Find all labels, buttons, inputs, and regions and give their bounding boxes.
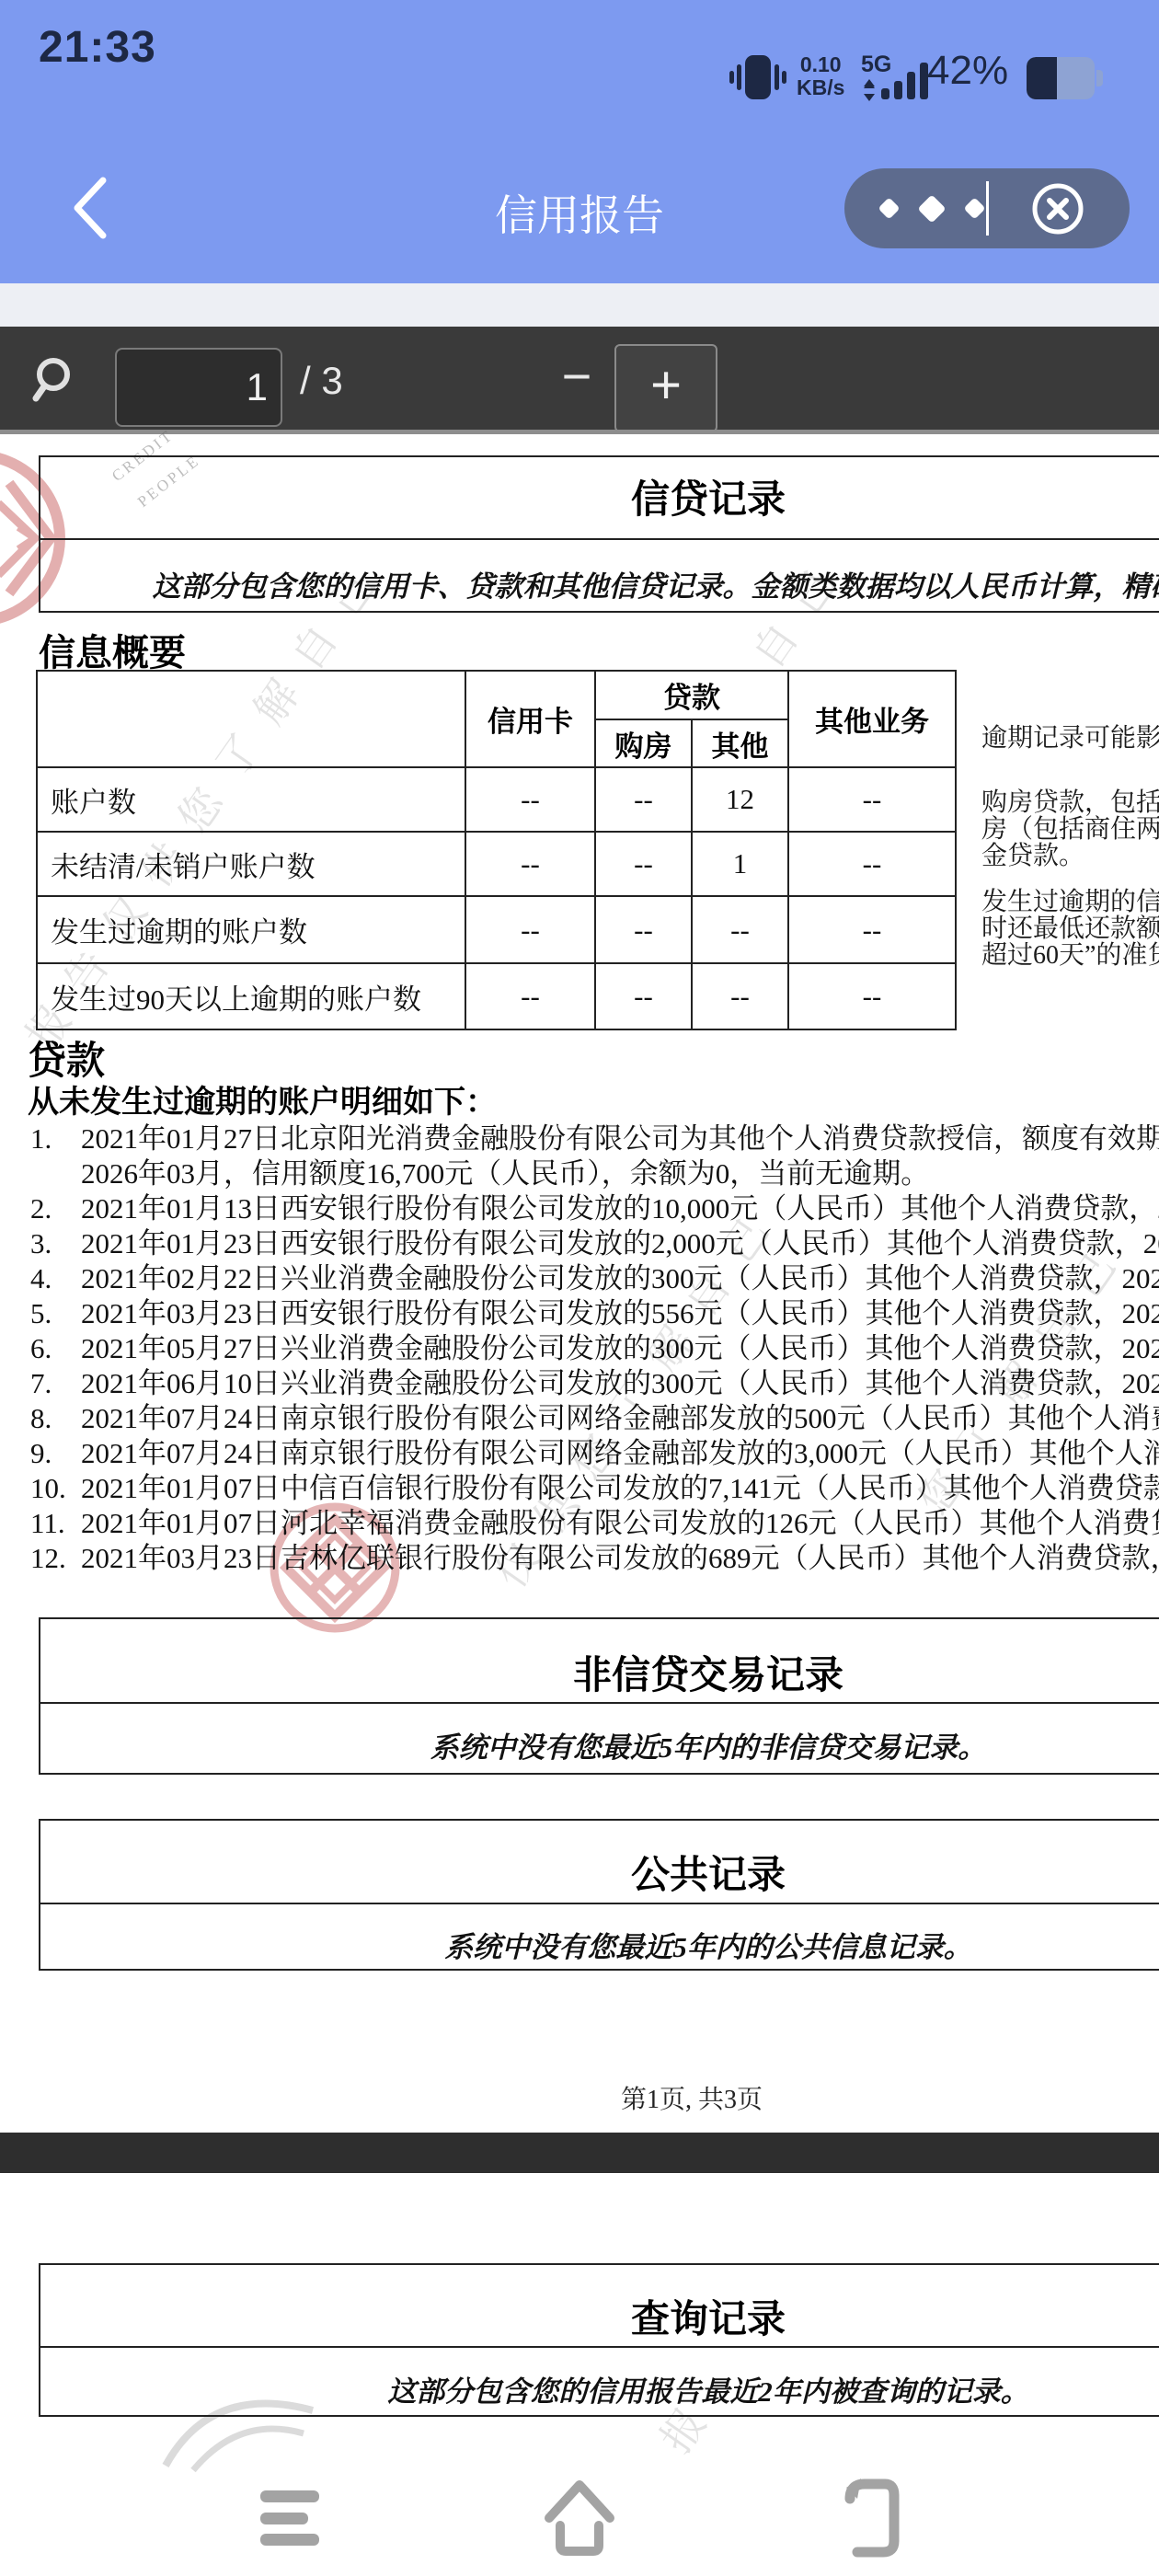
cell-value: -- — [788, 963, 956, 1029]
row-label: 账户数 — [37, 767, 465, 832]
col-other-biz: 其他业务 — [788, 671, 956, 767]
cell-value: -- — [595, 767, 692, 832]
section-body: 系统中没有您最近5年内的公共信息记录。 — [40, 1924, 1159, 1965]
menu-icon — [260, 2490, 319, 2546]
cell-value: -- — [465, 767, 595, 832]
page-separator — [0, 2133, 1159, 2173]
col-credit-card: 信用卡 — [465, 671, 595, 767]
section-divider — [40, 2346, 1159, 2348]
cell-value: -- — [692, 896, 788, 963]
summary-table: 信用卡 贷款 其他业务 购房 其他 账户数 -- -- 12 -- 未结清/未销… — [36, 670, 957, 1030]
vibrate-icon — [729, 53, 786, 101]
col-loan: 贷款 — [595, 671, 788, 719]
network-speed-unit: KB/s — [797, 76, 844, 99]
status-time: 21:33 — [39, 22, 156, 73]
row-label: 发生过90天以上逾期的账户数 — [37, 963, 465, 1029]
network-speed-value: 0.10 — [797, 53, 844, 76]
back-nav-button[interactable] — [828, 2477, 911, 2559]
cell-value: 12 — [692, 767, 788, 832]
cell-value: -- — [465, 963, 595, 1029]
loan-item-number: 12. — [30, 1542, 81, 1575]
home-button[interactable] — [538, 2477, 621, 2559]
zoom-out-button[interactable]: − — [545, 348, 609, 412]
section-title: 公共记录 — [40, 1845, 1159, 1900]
cell-value: -- — [595, 896, 692, 963]
toolbar-bottom-edge — [0, 430, 1159, 434]
summary-heading: 信息概要 — [39, 624, 186, 676]
section-title: 查询记录 — [40, 2289, 1159, 2344]
close-icon[interactable] — [1030, 181, 1085, 236]
table-row: 发生过逾期的账户数 -- -- -- -- — [37, 896, 956, 963]
cell-value: -- — [595, 832, 692, 896]
cell-value: -- — [788, 896, 956, 963]
table-row: 未结清/未销户账户数 -- -- 1 -- — [37, 832, 956, 896]
section-divider — [40, 1903, 1159, 1904]
col-loan-other: 其他 — [692, 719, 788, 767]
signal-bars-icon — [881, 57, 929, 99]
cell-value: -- — [788, 832, 956, 896]
section-public-records: 公共记录 系统中没有您最近5年内的公共信息记录。 — [39, 1819, 1159, 1971]
row-label: 发生过逾期的账户数 — [37, 896, 465, 963]
network-speed: 0.10 KB/s — [797, 53, 844, 99]
back-arrow-icon — [837, 2478, 901, 2558]
cell-value: -- — [465, 832, 595, 896]
row-label: 未结清/未销户账户数 — [37, 832, 465, 896]
side-note: 超过60天”的准贷记卡 — [981, 935, 1159, 972]
page-footer: 第1页, 共3页 — [39, 2079, 1159, 2116]
section-noncredit-records: 非信贷交易记录 系统中没有您最近5年内的非信贷交易记录。 — [39, 1617, 1159, 1775]
more-dot — [917, 194, 946, 223]
more-dot — [878, 197, 900, 219]
header-gap-strip — [0, 283, 1159, 327]
battery-icon — [1027, 57, 1095, 99]
section-divider — [40, 538, 1159, 540]
cell-value: -- — [595, 963, 692, 1029]
section-body: 系统中没有您最近5年内的非信贷交易记录。 — [40, 1724, 1159, 1765]
table-corner-cell — [37, 671, 465, 767]
recents-button[interactable] — [248, 2477, 331, 2559]
section-body: 这部分包含您的信用报告最近2年内被查询的记录。 — [40, 2368, 1159, 2409]
page-number-input[interactable] — [115, 348, 282, 427]
section-title: 信贷记录 — [40, 469, 1159, 524]
zoom-in-button[interactable]: + — [614, 344, 717, 432]
cell-value: -- — [788, 767, 956, 832]
data-arrows-icon — [857, 79, 881, 101]
more-menu-button[interactable] — [881, 168, 982, 248]
section-title: 非信贷交易记录 — [40, 1645, 1159, 1700]
table-row: 账户数 -- -- 12 -- — [37, 767, 956, 832]
miniprogram-capsule — [844, 168, 1130, 248]
cell-value: 1 — [692, 832, 788, 896]
cell-value: -- — [692, 963, 788, 1029]
app-header: 21:33 0.10 KB/s 5G 42% — [0, 0, 1159, 283]
capsule-divider — [986, 181, 989, 236]
screen: 21:33 0.10 KB/s 5G 42% — [0, 0, 1159, 2576]
col-loan-house: 购房 — [595, 719, 692, 767]
loan-item: 12.2021年03月23日吉林亿联银行股份有限公司发放的689元（人民币）其他… — [30, 1535, 1159, 1576]
section-credit-records: 信贷记录 这部分包含您的信用卡、贷款和其他信贷记录。金额类数据均以人民币计算，精… — [39, 455, 1159, 613]
battery-tip — [1096, 70, 1103, 86]
section-inquiry-records: 查询记录 这部分包含您的信用报告最近2年内被查询的记录。 — [39, 2263, 1159, 2417]
loan-item-text: 2021年03月23日吉林亿联银行股份有限公司发放的689元（人民币）其他个人消… — [81, 1542, 1159, 1574]
search-icon[interactable] — [29, 354, 81, 406]
table-row: 发生过90天以上逾期的账户数 -- -- -- -- — [37, 963, 956, 1029]
section-divider — [40, 1702, 1159, 1704]
side-note: 金贷款。 — [981, 835, 1084, 872]
home-icon — [540, 2478, 619, 2559]
page-total-label: / 3 — [300, 359, 343, 403]
side-note: 逾期记录可能影响对您 — [981, 718, 1159, 754]
more-dot — [963, 197, 985, 219]
battery-percent: 42% — [927, 48, 1008, 94]
cell-value: -- — [465, 896, 595, 963]
section-body: 这部分包含您的信用卡、贷款和其他信贷记录。金额类数据均以人民币计算，精确到元。 — [40, 563, 1159, 604]
